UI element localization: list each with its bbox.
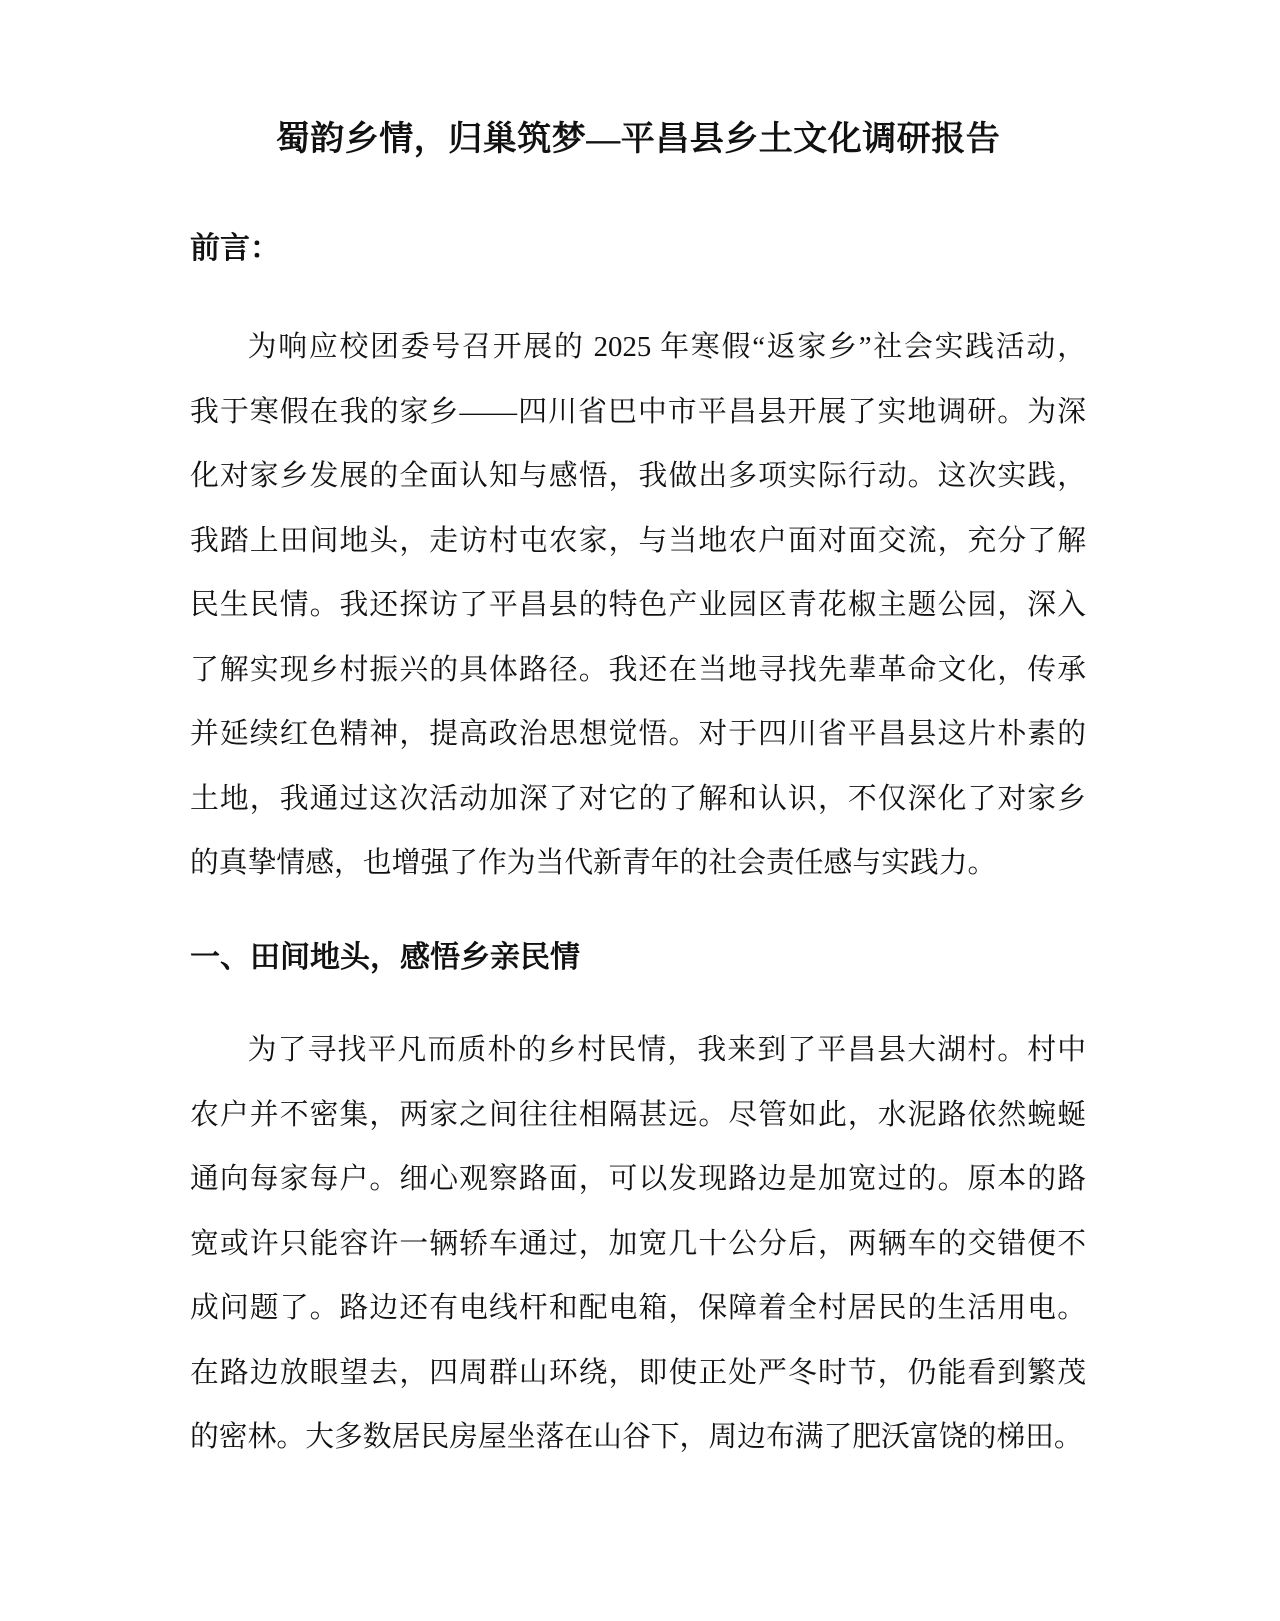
text-line: 为了寻找平凡而质朴的乡村民情，我来到了平昌县大湖村。村中 [190, 1018, 1086, 1083]
text-line: 化对家乡发展的全面认知与感悟，我做出多项实际行动。这次实践， [190, 444, 1086, 509]
text-line: 农户并不密集，两家之间往往相隔甚远。尽管如此，水泥路依然蜿蜒 [190, 1083, 1086, 1148]
text-line: 通向每家每户。细心观察路面，可以发现路边是加宽过的。原本的路 [190, 1147, 1086, 1212]
text-line: 我于寒假在我的家乡——四川省巴中市平昌县开展了实地调研。为深 [190, 380, 1086, 445]
section-heading-1: 前言： [190, 217, 1086, 281]
document-body: 前言：为响应校团委号召开展的 2025 年寒假“返家乡”社会实践活动，我于寒假在… [190, 217, 1086, 1470]
text-line: 宽或许只能容许一辆轿车通过，加宽几十公分后，两辆车的交错便不 [190, 1212, 1086, 1277]
text-line: 成问题了。路边还有电线杆和配电箱，保障着全村居民的生活用电。 [190, 1276, 1086, 1341]
text-line: 了解实现乡村振兴的具体路径。我还在当地寻找先辈革命文化，传承 [190, 638, 1086, 703]
text-line: 为响应校团委号召开展的 2025 年寒假“返家乡”社会实践活动， [190, 315, 1086, 380]
text-line: 土地，我通过这次活动加深了对它的了解和认识，不仅深化了对家乡 [190, 767, 1086, 832]
paragraph-2: 为了寻找平凡而质朴的乡村民情，我来到了平昌县大湖村。村中农户并不密集，两家之间往… [190, 1018, 1086, 1470]
text-line: 在路边放眼望去，四周群山环绕，即使正处严冬时节，仍能看到繁茂 [190, 1341, 1086, 1406]
document-title: 蜀韵乡情，归巢筑梦—平昌县乡土文化调研报告 [190, 108, 1086, 172]
text-line: 并延续红色精神，提高政治思想觉悟。对于四川省平昌县这片朴素的 [190, 702, 1086, 767]
text-line: 的真挚情感，也增强了作为当代新青年的社会责任感与实践力。 [190, 831, 1086, 896]
text-line: 的密林。大多数居民房屋坐落在山谷下，周边布满了肥沃富饶的梯田。 [190, 1405, 1086, 1470]
paragraph-1: 为响应校团委号召开展的 2025 年寒假“返家乡”社会实践活动，我于寒假在我的家… [190, 315, 1086, 896]
text-line: 民生民情。我还探访了平昌县的特色产业园区青花椒主题公园，深入 [190, 573, 1086, 638]
document-page: 蜀韵乡情，归巢筑梦—平昌县乡土文化调研报告 前言：为响应校团委号召开展的 202… [0, 0, 1280, 1621]
section-heading-2: 一、田间地头，感悟乡亲民情 [190, 926, 1086, 991]
text-line: 我踏上田间地头，走访村屯农家，与当地农户面对面交流，充分了解 [190, 509, 1086, 574]
